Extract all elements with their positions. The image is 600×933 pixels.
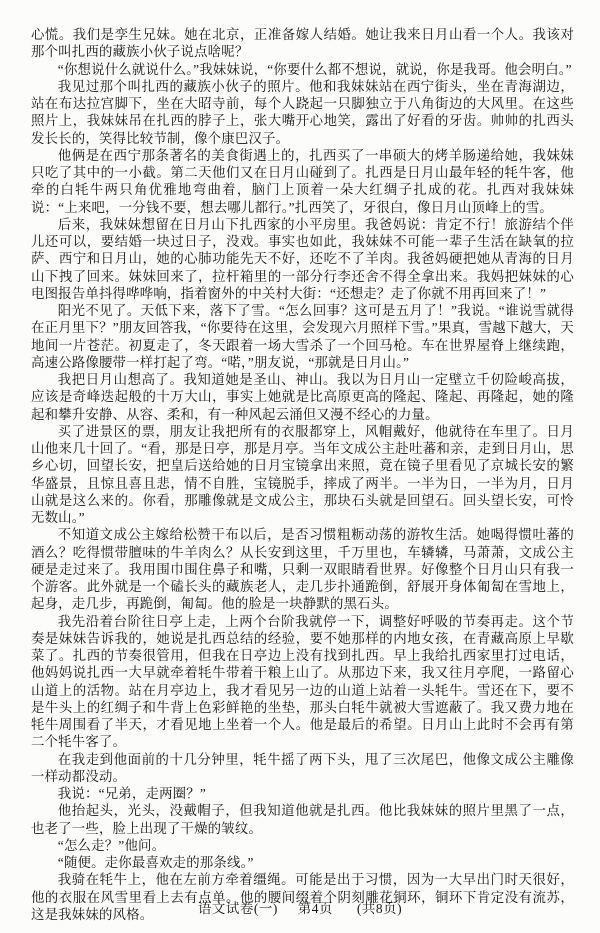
essay-body: 心慌。我们是孪生兄妹。她在北京，正准备嫁人结婚。她让我来日月山看一个人。我该对那… [31,26,574,923]
page-number: 第4页 [298,897,333,917]
total-pages: (共8页) [357,897,402,917]
paragraph: “你想说什么就说什么。”我妹妹说，“你要什么都不想说，就说，你是我哥。他会明白。… [31,61,574,78]
paragraph: 买了进景区的票，朋友让我把所有的衣服都穿上，风帽戴好，他就待在车里了。日月山他来… [31,423,574,527]
page-footer: 语文试卷(一) 第4页 (共8页) [0,897,600,917]
paragraph: 后来，我妹妹想留在日月山下扎西家的小平房里。我爸妈说：肯定不行！旅游结个伴儿还可… [31,216,574,302]
paragraph: 阳光不见了。天低下来，落下了雪。“怎么回事？这可是五月了！”我说。“谁说雪就得在… [31,302,574,371]
paragraph: 我把日月山想高了。我知道她是圣山、神山。我以为日月山一定壁立千仞险峻高拔，应该是… [31,371,574,423]
paragraph: 我先沿着台阶往日亭上走，上两个台阶我就停一下，调整好呼吸的节奏再走。这个节奏是妹… [31,613,574,751]
document-page: 心慌。我们是孪生兄妹。她在北京，正准备嫁人结婚。她让我来日月山看一个人。我该对那… [0,0,600,933]
paragraph: 他抬起头，光头，没戴帽子，但我知道他就是扎西。他比我妹妹的照片里黑了一点，也老了… [31,802,574,837]
exam-name: 语文试卷(一) [198,897,278,917]
paragraph: 在我走到他面前的十几分钟里，牦牛摇了两下头，甩了三次尾巴，他像文成公主雕像一样动… [31,751,574,786]
paragraph: 我见过那个叫扎西的藏族小伙子的照片。他和我妹妹站在西宁街头，坐在青海湖边，站在布… [31,78,574,147]
paragraph: 他俩是在西宁那条著名的美食街遇上的，扎西买了一串硕大的烤羊肠递给她，我妹妹只吃了… [31,147,574,216]
paragraph-dialogue: “怎么走？”他问。 [31,837,574,854]
paragraph-dialogue: 我说：“兄弟，走两圈？” [31,785,574,802]
paragraph-dialogue: “随便。走你最喜欢走的那条线。” [31,854,574,871]
paragraph: 不知道文成公主嫁给松赞干布以后，是否习惯粗粝动荡的游牧生活。她喝得惯吐蕃的酒么？… [31,526,574,612]
paragraph-continuation: 心慌。我们是孪生兄妹。她在北京，正准备嫁人结婚。她让我来日月山看一个人。我该对那… [31,26,574,61]
